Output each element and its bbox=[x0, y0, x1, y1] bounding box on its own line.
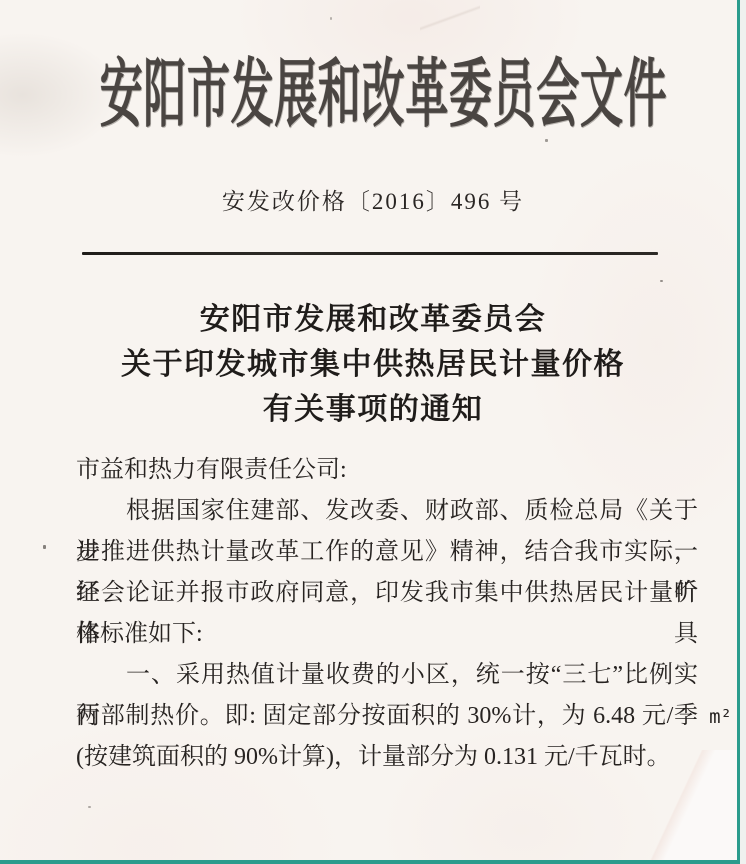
paragraph2-line-2: 两部制热价。即: 固定部分按面积的 30%计，为 6.48 元/季 m² bbox=[76, 696, 698, 737]
scan-speck bbox=[545, 139, 548, 142]
scan-speck bbox=[330, 17, 332, 20]
document-number: 安发改价格〔2016〕496 号 bbox=[0, 183, 746, 216]
scan-speck bbox=[660, 280, 663, 282]
document-title-line-1: 安阳市发展和改革委员会 bbox=[0, 297, 746, 342]
document-title: 安阳市发展和改革委员会 关于印发城市集中供热居民计量价格 有关事项的通知 bbox=[0, 297, 746, 432]
masthead-divider-line bbox=[82, 252, 658, 255]
agency-masthead-text: 安阳市发展和改革委员会文件 bbox=[100, 45, 668, 145]
page-corner-fold bbox=[607, 750, 737, 860]
scan-speck bbox=[88, 806, 91, 808]
scanned-official-document: 安阳市发展和改革委员会文件 安发改价格〔2016〕496 号 安阳市发展和改革委… bbox=[0, 0, 746, 864]
paragraph2-line-3: (按建筑面积的 90%计算)，计量部分为 0.131 元/千瓦时。 bbox=[76, 737, 698, 778]
scan-border-bottom bbox=[0, 860, 740, 864]
paragraph1-line-3: 证会论证并报市政府同意，印发我市集中供热居民计量价格具 bbox=[76, 573, 698, 614]
paragraph2-line-2-text: 两部制热价。即: 固定部分按面积的 30%计，为 6.48 元/季 bbox=[76, 703, 698, 729]
paragraph2-line-1: 一、采用热值计量收费的小区，统一按“三七”比例实行 bbox=[76, 655, 698, 696]
scan-crease-mark bbox=[420, 0, 480, 36]
document-title-line-2: 关于印发城市集中供热居民计量价格 bbox=[0, 342, 746, 387]
scan-border-right bbox=[737, 0, 740, 864]
scan-speck bbox=[609, 357, 613, 360]
scan-speck bbox=[43, 545, 46, 549]
paragraph1-line-1: 根据国家住建部、发改委、财政部、质检总局《关于进一 bbox=[76, 491, 698, 532]
scanner-background-strip bbox=[740, 0, 746, 864]
square-meter-unit: m² bbox=[709, 697, 732, 738]
agency-masthead: 安阳市发展和改革委员会文件 bbox=[0, 56, 740, 134]
paragraph1-line-2: 步推进供热计量改革工作的意见》精神，结合我市实际，经听 bbox=[76, 532, 698, 573]
document-body: 市益和热力有限责任公司: 根据国家住建部、发改委、财政部、质检总局《关于进一 步… bbox=[76, 450, 698, 778]
salutation: 市益和热力有限责任公司: bbox=[76, 450, 698, 491]
document-title-line-3: 有关事项的通知 bbox=[0, 387, 746, 432]
